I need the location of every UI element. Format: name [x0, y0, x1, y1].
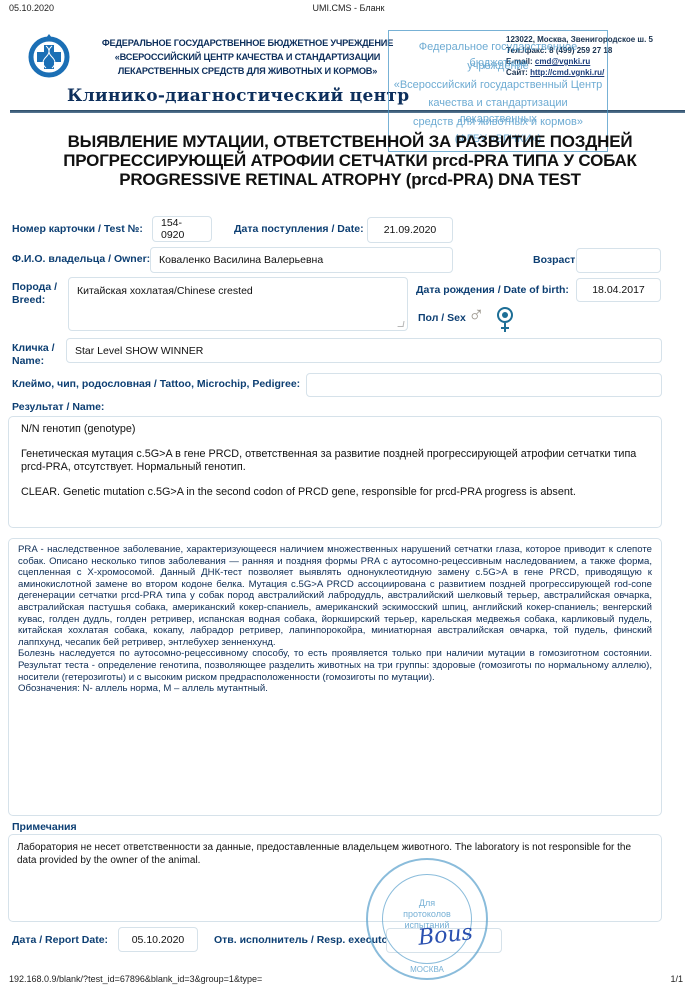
name-label-ru: Кличка / [12, 342, 55, 355]
info-paragraph: PRA - наследственное заболевание, характ… [18, 544, 652, 648]
seal-city: МОСКВА [368, 964, 486, 975]
breed-value: Китайская хохлатая/Chinese crested [77, 285, 253, 297]
female-radio-icon[interactable] [496, 307, 516, 335]
notes-label: Примечания [12, 821, 77, 834]
notes-text: Лаборатория не несет ответственности за … [17, 841, 653, 867]
stamp-line: «Всероссийский государственный Центр [389, 77, 607, 93]
print-header: 05.10.2020 UMI.CMS - Бланк [0, 3, 697, 17]
tattoo-field[interactable] [306, 373, 662, 397]
stamp-line: учреждение [389, 58, 607, 74]
org-line: ЛЕКАРСТВЕННЫХ СРЕДСТВ ДЛЯ ЖИВОТНЫХ И КОР… [100, 64, 395, 78]
seal-line: протоколов [368, 909, 486, 920]
title-line: ПРОГРЕССИРУЮЩЕЙ АТРОФИИ СЕТЧАТКИ prcd-PR… [40, 151, 660, 170]
breed-textarea[interactable]: Китайская хохлатая/Chinese crested [68, 277, 408, 331]
breed-label-ru: Порода / [12, 281, 57, 294]
info-paragraph: Болезнь наследуется по аутосомно-рецесси… [18, 648, 652, 683]
owner-field[interactable]: Коваленко Василина Валерьевна [150, 247, 453, 273]
age-label: Возраст [533, 254, 575, 267]
sex-label: Пол / Sex [418, 312, 466, 325]
dog-name-field[interactable]: Star Level SHOW WINNER [66, 338, 662, 363]
medical-cross-dna-logo-icon [27, 32, 71, 78]
document-title: ВЫЯВЛЕНИЕ МУТАЦИИ, ОТВЕТСТВЕННОЙ ЗА РАЗВ… [40, 132, 660, 189]
age-field[interactable] [576, 248, 661, 273]
print-page-number: 1/1 [670, 974, 683, 984]
owner-label: Ф.И.О. владельца / Owner: [12, 253, 150, 266]
date-field[interactable]: 21.09.2020 [367, 217, 453, 243]
name-label: Кличка / Name: [12, 342, 55, 368]
result-text-en: CLEAR. Genetic mutation c.5G>A in the se… [21, 486, 649, 499]
tattoo-label: Клеймо, чип, родословная / Tattoo, Micro… [12, 378, 300, 391]
dob-field[interactable]: 18.04.2017 [576, 278, 661, 302]
breed-label-en: Breed: [12, 294, 57, 307]
info-textarea[interactable]: PRA - наследственное заболевание, характ… [8, 538, 662, 816]
seal-line: Для [368, 898, 486, 909]
test-no-label: Номер карточки / Test №: [12, 223, 143, 236]
name-label-en: Name: [12, 355, 55, 368]
title-line: ВЫЯВЛЕНИЕ МУТАЦИИ, ОТВЕТСТВЕННОЙ ЗА РАЗВ… [40, 132, 660, 151]
report-date-field[interactable]: 05.10.2020 [118, 927, 198, 952]
test-no-field[interactable]: 154-0920 [152, 216, 212, 242]
result-textarea[interactable]: N/N генотип (genotype) Генетическая мута… [8, 416, 662, 528]
dob-label: Дата рождения / Date of birth: [416, 284, 569, 297]
result-text-ru: Генетическая мутация c.5G>A в гене PRCD,… [21, 448, 649, 474]
result-genotype: N/N генотип (genotype) [21, 423, 649, 436]
info-paragraph: Обозначения: N- аллель норма, M – аллель… [18, 683, 652, 695]
breed-label: Порода / Breed: [12, 281, 57, 307]
print-title: UMI.CMS - Бланк [0, 3, 697, 13]
male-radio-icon[interactable]: ♂ [468, 304, 485, 326]
report-date-label: Дата / Report Date: [12, 934, 108, 947]
stamp-line: средств для животных и кормов» [389, 114, 607, 130]
organization-name: ФЕДЕРАЛЬНОЕ ГОСУДАРСТВЕННОЕ БЮДЖЕТНОЕ УЧ… [100, 36, 395, 78]
org-line: «ВСЕРОССИЙСКИЙ ЦЕНТР КАЧЕСТВА И СТАНДАРТ… [100, 50, 395, 64]
round-seal-stamp: Для протоколов испытаний МОСКВА [366, 858, 488, 980]
title-line: PROGRESSIVE RETINAL ATROPHY (prcd-PRA) D… [40, 170, 660, 189]
result-label: Результат / Name: [12, 401, 104, 414]
date-label: Дата поступления / Date: [234, 223, 364, 236]
notes-textarea[interactable]: Лаборатория не несет ответственности за … [8, 834, 662, 922]
print-url: 192.168.0.9/blank/?test_id=67896&blank_i… [9, 974, 262, 984]
resize-grip-icon[interactable] [397, 321, 404, 327]
org-line: ФЕДЕРАЛЬНОЕ ГОСУДАРСТВЕННОЕ БЮДЖЕТНОЕ УЧ… [100, 36, 395, 50]
center-title: Клинико-диагностический центр [67, 86, 409, 106]
